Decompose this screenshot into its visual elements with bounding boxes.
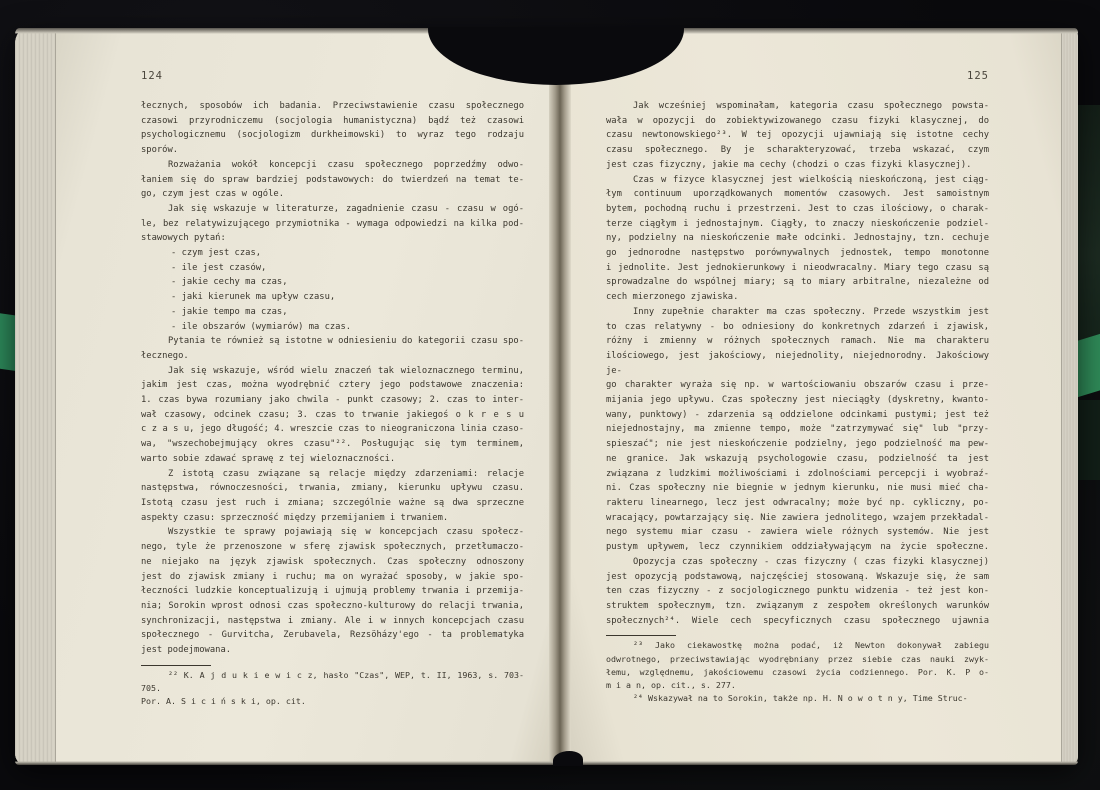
text-line: c z a s u, jego długość; 4. wreszcie cza… bbox=[141, 422, 524, 437]
text-line: Wszystkie te sprawy pojawiają się w konc… bbox=[141, 525, 524, 540]
text-line: sporów. bbox=[141, 143, 524, 158]
text-line: związana z ludzkimi możliwościami i zdol… bbox=[606, 467, 989, 482]
text-line: le, bez relatywizującego przymiotnika - … bbox=[141, 217, 524, 232]
text-line: warto sobie zdawać sprawę z tej wielozna… bbox=[141, 452, 524, 467]
book-gutter bbox=[549, 28, 571, 765]
text-line: - ile obszarów (wymiarów) ma czas. bbox=[141, 320, 524, 335]
left-page-body: łecznych, sposobów ich badania. Przeciws… bbox=[141, 99, 524, 658]
text-line: m i a n, op. cit., s. 277. bbox=[606, 679, 989, 692]
page-edge-stack-left bbox=[15, 28, 56, 765]
text-line: synchronizacji, następstwa i zmiany. Ale… bbox=[141, 614, 524, 629]
text-line: wał czasowy, odcinek czasu; 3. czas to t… bbox=[141, 408, 524, 423]
text-line: wany, punktowy) - zdarzenia są oddzielon… bbox=[606, 408, 989, 423]
text-line: jest czas fizyczny, jakie ma cechy (chod… bbox=[606, 158, 989, 173]
text-line: Pytania te również są istotne w odniesie… bbox=[141, 334, 524, 349]
text-line: ne granice. Jak wskazują psychologowie c… bbox=[606, 452, 989, 467]
text-line: odwrotnego, przeciwstawiając wyodrębnian… bbox=[606, 653, 989, 666]
text-line: Por. A. S i c i ń s k i, op. cit. bbox=[141, 695, 524, 708]
text-line: łeczności ludzkie konceptualizują i ujmu… bbox=[141, 584, 524, 599]
text-line: stawowych pytań: bbox=[141, 231, 524, 246]
footnote-rule bbox=[141, 665, 211, 666]
right-page-body: Jak wcześniej wspominałam, kategoria cza… bbox=[606, 99, 989, 628]
text-line: Z istotą czasu związane są relacje międz… bbox=[141, 467, 524, 482]
text-line: Jak wcześniej wspominałam, kategoria cza… bbox=[606, 99, 989, 114]
text-line: wała w opozycji do zobiektywizowanego cz… bbox=[606, 114, 989, 129]
text-line: to czas relatywny - bo odniesiony do kon… bbox=[606, 320, 989, 335]
text-line: Czas w fizyce klasycznej jest wielkością… bbox=[606, 173, 989, 188]
text-line: go, czym jest czas w ogóle. bbox=[141, 187, 524, 202]
page-number-left: 124 bbox=[141, 70, 524, 82]
photographed-book-spread: 124 łecznych, sposobów ich badania. Prze… bbox=[0, 0, 1100, 790]
page-edge-stack-right bbox=[1061, 28, 1078, 765]
text-line: go charakter wyraża się np. w wartościow… bbox=[606, 378, 989, 393]
text-line: czasu newtonowskiego²³. W tej opozycji u… bbox=[606, 128, 989, 143]
text-line: go jednorodne następstwo porównywalnych … bbox=[606, 246, 989, 261]
text-line: wa, "wszechobejmujący okres czasu"²². Po… bbox=[141, 437, 524, 452]
text-line: - jakie tempo ma czas, bbox=[141, 305, 524, 320]
text-line: aspekty czasu: sprzeczność między przemi… bbox=[141, 511, 524, 526]
text-line: jest podejmowana. bbox=[141, 643, 524, 658]
right-page: 125 Jak wcześniej wspominałam, kategoria… bbox=[571, 28, 1061, 765]
text-line: łaniem się do spraw bardziej podstawowyc… bbox=[141, 173, 524, 188]
text-line: ilościowego, jest jakościowy, niejednoli… bbox=[606, 349, 989, 378]
text-line: nia; Sorokin wprost odnosi czas społeczn… bbox=[141, 599, 524, 614]
text-line: społecznych²⁴. Wiele cech specyficznych … bbox=[606, 614, 989, 629]
text-line: społecznego - Gurvitcha, Zerubavela, Rez… bbox=[141, 628, 524, 643]
text-line: bytem, pochodną ruchu i przestrzeni. Jes… bbox=[606, 202, 989, 217]
text-line: Inny zupełnie charakter ma czas społeczn… bbox=[606, 305, 989, 320]
text-line: nego, tyle że przenoszone w sferę zjawis… bbox=[141, 540, 524, 555]
text-line: Jak się wskazuje w literaturze, zagadnie… bbox=[141, 202, 524, 217]
text-line: jakim jest czas, można wyodrębnić cztery… bbox=[141, 378, 524, 393]
text-line: nego systemu miar czasu - zawiera wiele … bbox=[606, 525, 989, 540]
text-line: następstwa, równoczesności, trwania, zmi… bbox=[141, 481, 524, 496]
text-line: - ile jest czasów, bbox=[141, 261, 524, 276]
text-line: pustym upływem, lecz czynnikiem oddziały… bbox=[606, 540, 989, 555]
text-line: czasu społecznego. By je scharakteryzowa… bbox=[606, 143, 989, 158]
text-line: mijania jego upływu. Czas społeczny jest… bbox=[606, 393, 989, 408]
text-line: ²⁴ Wskazywał na to Sorokin, także np. H.… bbox=[606, 692, 989, 705]
text-line: rakteru linearnego, lecz jest odwracalny… bbox=[606, 496, 989, 511]
right-footnote-lines: ²³ Jako ciekawostkę można podać, iż Newt… bbox=[606, 639, 989, 705]
text-line: czasowi przyrodniczemu (socjologia human… bbox=[141, 114, 524, 129]
text-line: łecznego. bbox=[141, 349, 524, 364]
text-line: Rozważania wokół koncepcji czasu społecz… bbox=[141, 158, 524, 173]
text-line: struktem społecznym, tzn. związanym z ze… bbox=[606, 599, 989, 614]
text-line: wracający, powtarzający się. Nie zawiera… bbox=[606, 511, 989, 526]
text-line: psychologicznemu (socjologizm durkheimow… bbox=[141, 128, 524, 143]
text-line: ne niejako na język zjawisk społecznych.… bbox=[141, 555, 524, 570]
text-line: niejednostajny, ma zmienne tempo, może "… bbox=[606, 422, 989, 437]
text-line: jest do zjawisk zmiany i ruchu; ma on wy… bbox=[141, 570, 524, 585]
left-page: 124 łecznych, sposobów ich badania. Prze… bbox=[56, 28, 549, 765]
text-line: łemu, względnemu, jakościowemu czasowi ż… bbox=[606, 666, 989, 679]
text-line: różny i zmienny w różnych społecznych ra… bbox=[606, 334, 989, 349]
text-line: Istotą czasu jest ruch i zmiana; szczegó… bbox=[141, 496, 524, 511]
text-line: ten czas fizyczny - z socjologicznego pu… bbox=[606, 584, 989, 599]
text-line: terze ciągłym i jednostajnym. Ciągły, to… bbox=[606, 217, 989, 232]
text-line: i jednolite. Jest jednokierunkowy i nieo… bbox=[606, 261, 989, 276]
footnote-rule bbox=[606, 635, 676, 636]
right-page-footnote: ²³ Jako ciekawostkę można podać, iż Newt… bbox=[606, 635, 989, 705]
text-line: ni. Czas społeczny nie biegnie w jednym … bbox=[606, 481, 989, 496]
text-line: łym continuum uporządkowanych momentów c… bbox=[606, 187, 989, 202]
text-line: łecznych, sposobów ich badania. Przeciws… bbox=[141, 99, 524, 114]
left-page-footnote: ²² K. A j d u k i e w i c z, hasło "Czas… bbox=[141, 665, 524, 709]
open-book: 124 łecznych, sposobów ich badania. Prze… bbox=[15, 28, 1078, 765]
text-line: ²³ Jako ciekawostkę można podać, iż Newt… bbox=[606, 639, 989, 652]
text-line: - jaki kierunek ma upływ czasu, bbox=[141, 290, 524, 305]
text-line: Jak się wskazuje, wśród wielu znaczeń ta… bbox=[141, 364, 524, 379]
text-line: - czym jest czas, bbox=[141, 246, 524, 261]
text-line: - jakie cechy ma czas, bbox=[141, 275, 524, 290]
text-line: jest opozycją podstawową, najczęściej st… bbox=[606, 570, 989, 585]
text-line: ²² K. A j d u k i e w i c z, hasło "Czas… bbox=[141, 669, 524, 695]
text-line: sprowadzalne do wspólnej miary; są to mi… bbox=[606, 275, 989, 290]
text-line: spieszać"; nie jest nieskończenie podzie… bbox=[606, 437, 989, 452]
left-footnote-lines: ²² K. A j d u k i e w i c z, hasło "Czas… bbox=[141, 669, 524, 709]
gutter-bottom-shadow bbox=[553, 751, 583, 766]
text-line: 1. czas bywa rozumiany jako chwila - pun… bbox=[141, 393, 524, 408]
page-number-right: 125 bbox=[606, 70, 989, 82]
text-line: Opozycja czas społeczny - czas fizyczny … bbox=[606, 555, 989, 570]
text-line: ny, podzielny na nieskończenie małe odci… bbox=[606, 231, 989, 246]
text-line: cech mierzonego zjawiska. bbox=[606, 290, 989, 305]
